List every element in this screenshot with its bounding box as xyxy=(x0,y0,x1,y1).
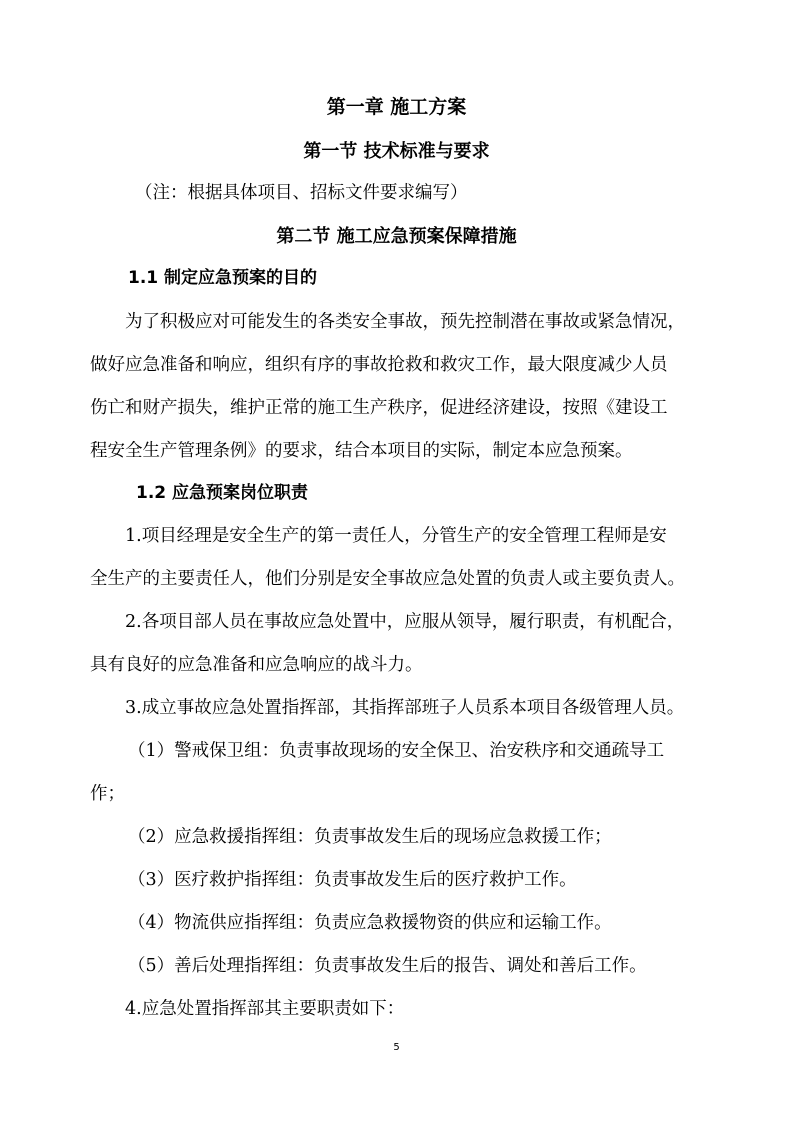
section2-title: 第二节 施工应急预案保障措施 xyxy=(0,227,793,247)
group-5: （5）善后处理指挥组：负责事故发生后的报告、调处和善后工作。 xyxy=(128,956,647,976)
item-2-line: 2.各项目部人员在事故应急处置中，应服从领导，履行职责，有机配合， xyxy=(125,612,684,632)
group-1-line: 作； xyxy=(90,784,125,804)
item-1-line: 全生产的主要责任人，他们分别是安全事故应急处置的负责人或主要负责人。 xyxy=(90,569,685,589)
subsection-1-2-heading: 1.2 应急预案岗位职责 xyxy=(136,483,308,503)
item-3: 3.成立事故应急处置指挥部，其指挥部班子人员系本项目各级管理人员。 xyxy=(125,698,684,718)
paragraph-line: 做好应急准备和响应，组织有序的事故抢救和救灾工作，最大限度减少人员 xyxy=(90,355,668,375)
item-1-line: 1.项目经理是安全生产的第一责任人，分管生产的安全管理工程师是安 xyxy=(125,526,667,546)
chapter-title: 第一章 施工方案 xyxy=(0,97,793,117)
paragraph-line: 为了积极应对可能发生的各类安全事故，预先控制潜在事故或紧急情况， xyxy=(125,312,685,332)
group-3: （3）医疗救护指挥组：负责事故发生后的医疗救护工作。 xyxy=(128,870,577,890)
item-2-line: 具有良好的应急准备和应急响应的战斗力。 xyxy=(90,655,423,675)
paragraph-line: 程安全生产管理条例》的要求，结合本项目的实际，制定本应急预案。 xyxy=(90,441,633,461)
group-1-line: （1）警戒保卫组：负责事故现场的安全保卫、治安秩序和交通疏导工 xyxy=(128,741,664,761)
group-4: （4）物流供应指挥组：负责应急救援物资的供应和运输工作。 xyxy=(128,913,612,933)
subsection-1-1-heading: 1.1 制定应急预案的目的 xyxy=(128,268,317,288)
note-text: （注：根据具体项目、招标文件要求编写） xyxy=(135,183,468,203)
paragraph-line: 伤亡和财产损失，维护正常的施工生产秩序，促进经济建设，按照《建设工 xyxy=(90,398,668,418)
group-2: （2）应急救援指挥组：负责事故发生后的现场应急救援工作； xyxy=(128,827,612,847)
item-4: 4.应急处置指挥部其主要职责如下： xyxy=(125,999,404,1019)
section1-title: 第一节 技术标准与要求 xyxy=(0,142,793,162)
page-number: 5 xyxy=(0,1042,793,1053)
